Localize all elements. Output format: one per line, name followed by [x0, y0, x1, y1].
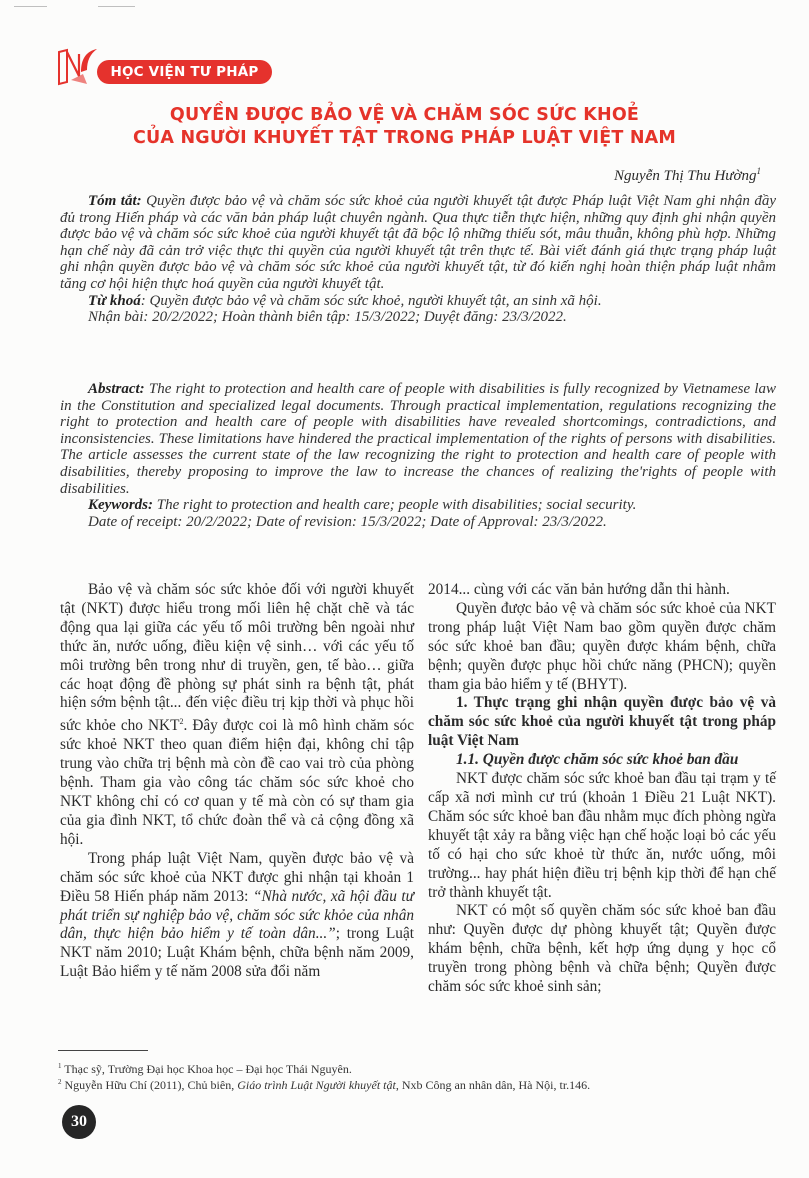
footnote-divider — [58, 1050, 148, 1051]
top-rule-right — [98, 6, 135, 7]
dates-vi: Nhận bài: 20/2/2022; Hoàn thành biên tập… — [60, 309, 776, 326]
keywords-en-text: The right to protection and health care;… — [153, 497, 636, 513]
author-footnote-ref[interactable]: 1 — [757, 166, 762, 176]
body-column-left: Bảo vệ và chăm sóc sức khỏe đối với ngườ… — [60, 581, 414, 982]
footnote-text: Nguyễn Hữu Chí (2011), Chủ biên, — [62, 1078, 238, 1092]
section-heading-1-1: 1.1. Quyền được chăm sóc sức khoẻ ban đầ… — [428, 751, 776, 770]
body-paragraph: Trong pháp luật Việt Nam, quyền được bảo… — [60, 850, 414, 982]
body-paragraph: Quyền được bảo vệ và chăm sóc sức khoẻ c… — [428, 600, 776, 695]
author-name: Nguyễn Thị Thu Hường1 — [614, 166, 761, 185]
footnote-book-title: Giáo trình Luật Người khuyết tật — [237, 1078, 396, 1092]
section-heading-1: 1. Thực trạng ghi nhận quyền được bảo vệ… — [428, 694, 776, 751]
abstract-en-text: The right to protection and health care … — [60, 381, 776, 497]
footnote-text: , Nxb Công an nhân dân, Hà Nội, tr.146. — [396, 1078, 590, 1092]
keywords-en: Keywords: The right to protection and he… — [60, 497, 776, 514]
keywords-en-label: Keywords: — [88, 497, 153, 513]
body-paragraph: NKT có một số quyền chăm sóc sức khoẻ ba… — [428, 902, 776, 997]
keywords-vi-text: : Quyền được bảo vệ và chăm sóc sức khoẻ… — [141, 293, 602, 309]
page-number-badge: 30 — [62, 1105, 96, 1139]
keywords-vi-label: Từ khoá — [88, 293, 141, 309]
body-paragraph: Bảo vệ và chăm sóc sức khỏe đối với ngườ… — [60, 581, 414, 850]
institution-badge: HỌC VIỆN TƯ PHÁP — [97, 60, 272, 84]
abstract-vi-body: Tóm tắt: Quyền được bảo vệ và chăm sóc s… — [60, 193, 776, 293]
dates-en: Date of receipt: 20/2/2022; Date of revi… — [60, 514, 776, 531]
article-title: QUYỀN ĐƯỢC BẢO VỆ VÀ CHĂM SÓC SỨC KHOẺ C… — [0, 104, 809, 150]
body-paragraph: NKT được chăm sóc sức khoẻ ban đầu tại t… — [428, 770, 776, 902]
footnote-2: 2 Nguyễn Hữu Chí (2011), Chủ biên, Giáo … — [58, 1078, 590, 1093]
abstract-en-body: Abstract: The right to protection and he… — [60, 381, 776, 497]
para-text: . Đây được coi là mô hình chăm sóc sức k… — [60, 717, 414, 847]
abstract-vi: Tóm tắt: Quyền được bảo vệ và chăm sóc s… — [60, 193, 776, 326]
footnote-1: 1 Thạc sỹ, Trường Đại học Khoa học – Đại… — [58, 1062, 352, 1077]
top-rule-left — [14, 6, 47, 7]
abstract-en: Abstract: The right to protection and he… — [60, 381, 776, 530]
title-line-2: CỦA NGƯỜI KHUYẾT TẬT TRONG PHÁP LUẬT VIỆ… — [0, 127, 809, 150]
title-line-1: QUYỀN ĐƯỢC BẢO VỆ VÀ CHĂM SÓC SỨC KHOẺ — [0, 104, 809, 127]
keywords-vi: Từ khoá: Quyền được bảo vệ và chăm sóc s… — [60, 293, 776, 310]
para-text: Bảo vệ và chăm sóc sức khỏe đối với ngườ… — [60, 581, 414, 734]
body-column-right: 2014... cùng với các văn bản hướng dẫn t… — [428, 581, 776, 997]
abstract-vi-label: Tóm tắt: — [88, 193, 142, 209]
author-text: Nguyễn Thị Thu Hường — [614, 168, 756, 184]
journal-header: HỌC VIỆN TƯ PHÁP — [57, 46, 277, 88]
abstract-en-label: Abstract: — [88, 381, 145, 397]
abstract-vi-text: Quyền được bảo vệ và chăm sóc sức khoẻ c… — [60, 193, 776, 292]
body-paragraph: 2014... cùng với các văn bản hướng dẫn t… — [428, 581, 776, 600]
footnote-text: Thạc sỹ, Trường Đại học Khoa học – Đại h… — [62, 1062, 352, 1076]
